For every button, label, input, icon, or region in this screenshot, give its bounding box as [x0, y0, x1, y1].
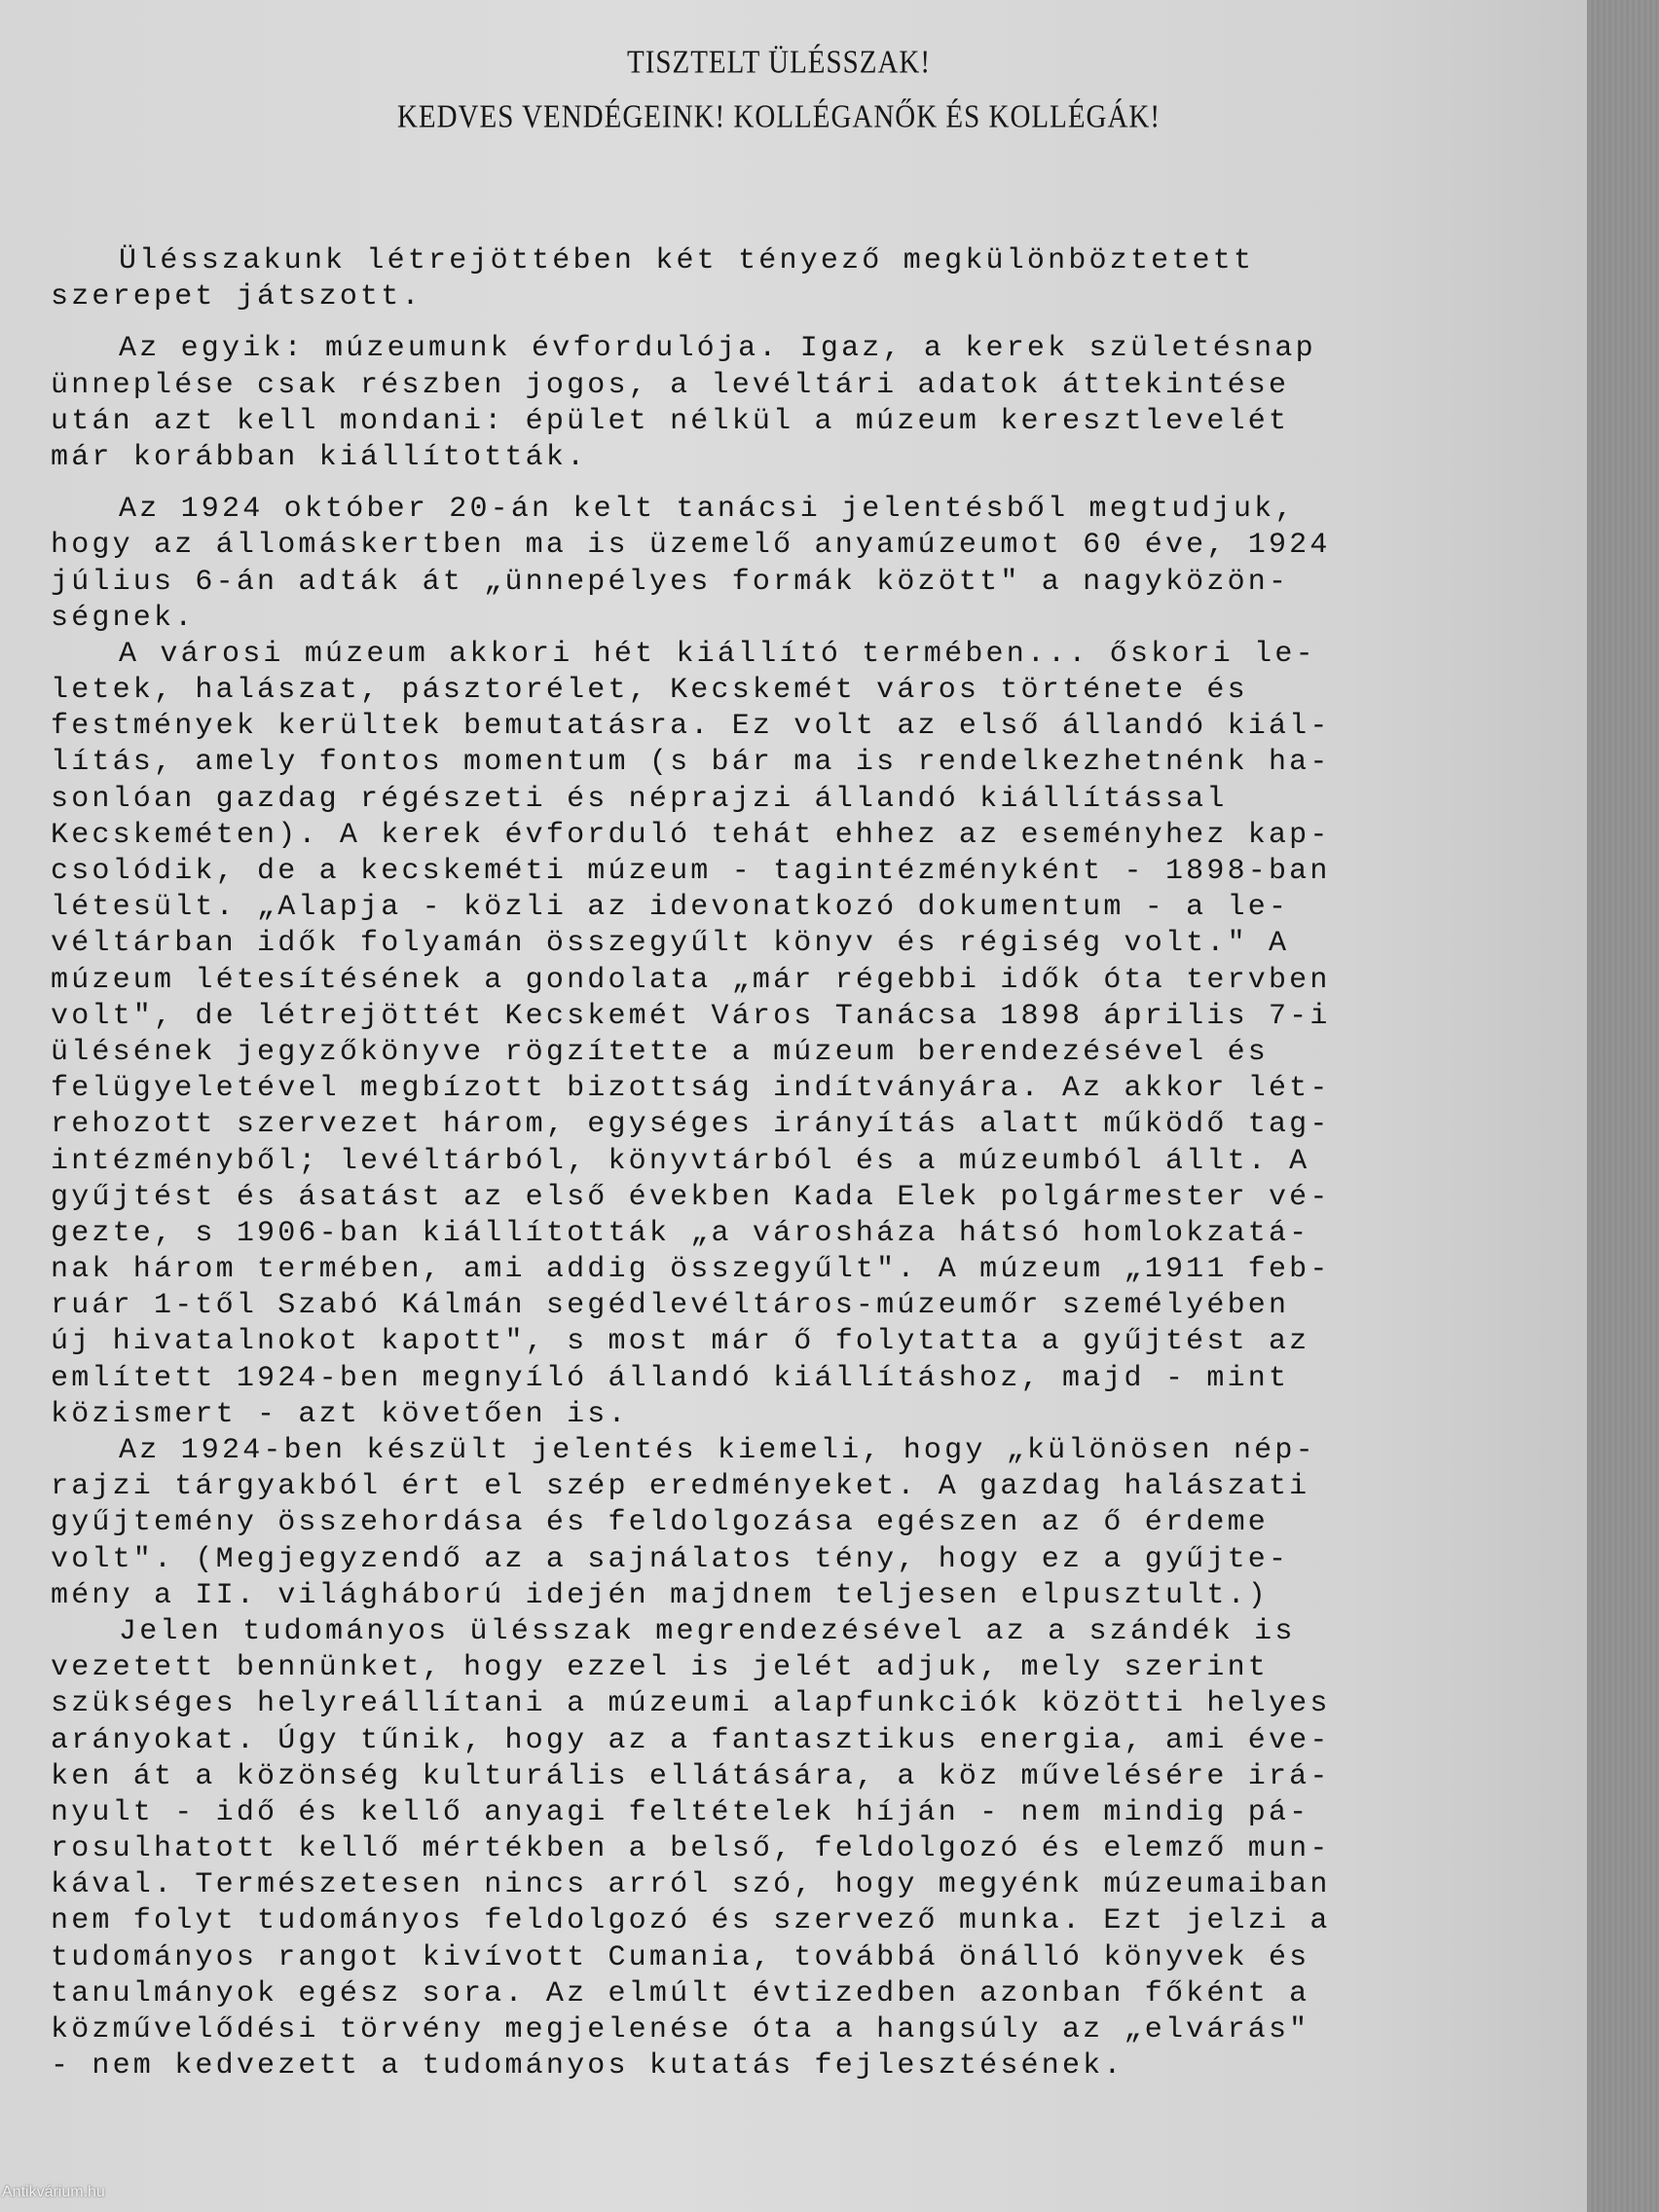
text-line: Az 1924-ben készült jelentés kiemeli, ho… [51, 1433, 1569, 1469]
text-line: közművelődési törvény megjelenése óta a … [51, 2012, 1569, 2048]
watermark: Antikvárium.hu [2, 2184, 105, 2201]
text-line: említett 1924-ben megnyíló állandó kiáll… [51, 1361, 1569, 1397]
paragraph-gap [51, 315, 1569, 331]
paragraph: Az 1924 október 20-án kelt tanácsi jelen… [51, 492, 1569, 637]
text-line: Az 1924 október 20-án kelt tanácsi jelen… [51, 492, 1569, 528]
text-line: csolódik, de a kecskeméti múzeum - tagin… [51, 854, 1569, 890]
paragraph: Az egyik: múzeumunk évfordulója. Igaz, a… [51, 331, 1569, 476]
text-line: volt". (Megjegyzendő az a sajnálatos tén… [51, 1542, 1569, 1578]
text-line: gezte, s 1906-ban kiállították „a városh… [51, 1216, 1569, 1252]
text-line: hogy az állomáskertben ma is üzemelő any… [51, 528, 1569, 564]
text-line: kával. Természetesen nincs arról szó, ho… [51, 1867, 1569, 1903]
text-line: már korábban kiállították. [51, 440, 1569, 476]
text-line: létesült. „Alapja - közli az idevonatkoz… [51, 890, 1569, 926]
text-line: letek, halászat, pásztorélet, Kecskemét … [51, 673, 1569, 709]
paragraph: Ülésszakunk létrejöttében két tényező me… [51, 243, 1569, 315]
text-line: sonlóan gazdag régészeti és néprajzi áll… [51, 782, 1569, 818]
text-line: mény a II. világháború idején majdnem te… [51, 1578, 1569, 1614]
text-line: szükséges helyreállítani a múzeumi alapf… [51, 1686, 1569, 1722]
text-line: július 6-án adták át „ünnepélyes formák … [51, 565, 1569, 601]
text-line: ülésének jegyzőkönyve rögzítette a múzeu… [51, 1035, 1569, 1071]
text-line: tanulmányok egész sora. Az elmúlt évtize… [51, 1976, 1569, 2012]
text-line: A városi múzeum akkori hét kiállító term… [51, 637, 1569, 673]
text-line: lítás, amely fontos momentum (s bár ma i… [51, 745, 1569, 781]
text-line: ken át a közönség kulturális ellátására,… [51, 1759, 1569, 1795]
text-line: tudományos rangot kivívott Cumania, tová… [51, 1940, 1569, 1976]
document-salutation: KEDVES VENDÉGEINK! KOLLÉGANŐK ÉS KOLLÉGÁ… [0, 99, 1558, 136]
text-line: Az egyik: múzeumunk évfordulója. Igaz, a… [51, 331, 1569, 367]
paragraph: Jelen tudományos ülésszak megrendezéséve… [51, 1614, 1569, 2084]
text-line: közismert - azt követően is. [51, 1397, 1569, 1433]
text-line: Jelen tudományos ülésszak megrendezéséve… [51, 1614, 1569, 1650]
paragraph-gap [51, 476, 1569, 492]
text-line: Kecskeméten). A kerek évforduló tehát eh… [51, 818, 1569, 854]
page-edge-shadow [1587, 0, 1659, 2212]
text-line: nyult - idő és kellő anyagi feltételek h… [51, 1795, 1569, 1831]
text-line: gyűjtést és ásatást az első években Kada… [51, 1180, 1569, 1216]
document-title: TISZTELT ÜLÉSSZAK! [0, 45, 1558, 82]
text-line: festmények kerültek bemutatásra. Ez volt… [51, 709, 1569, 745]
text-line: felügyeletével megbízott bizottság indít… [51, 1071, 1569, 1107]
text-line: rajzi tárgyakból ért el szép eredményeke… [51, 1469, 1569, 1505]
text-line: intézményből; levéltárból, könyvtárból é… [51, 1144, 1569, 1180]
text-line: arányokat. Úgy tűnik, hogy az a fantaszt… [51, 1723, 1569, 1759]
text-line: ünneplése csak részben jogos, a levéltár… [51, 368, 1569, 404]
text-line: véltárban idők folyamán összegyűlt könyv… [51, 926, 1569, 962]
text-line: ruár 1-től Szabó Kálmán segédlevéltáros-… [51, 1288, 1569, 1324]
text-line: szerepet játszott. [51, 279, 1569, 315]
text-line: után azt kell mondani: épület nélkül a m… [51, 404, 1569, 440]
paragraph: A városi múzeum akkori hét kiállító term… [51, 637, 1569, 1433]
text-line: múzeum létesítésének a gondolata „már ré… [51, 963, 1569, 999]
text-line: rehozott szervezet három, egységes irány… [51, 1107, 1569, 1143]
text-line: új hivatalnokot kapott", s most már ő fo… [51, 1324, 1569, 1360]
text-line: gyűjtemény összehordása és feldolgozása … [51, 1505, 1569, 1541]
text-line: vezetett bennünket, hogy ezzel is jelét … [51, 1650, 1569, 1686]
document-body: Ülésszakunk létrejöttében két tényező me… [51, 243, 1569, 2084]
text-line: Ülésszakunk létrejöttében két tényező me… [51, 243, 1569, 279]
text-line: ségnek. [51, 601, 1569, 637]
text-line: nem folyt tudományos feldolgozó és szerv… [51, 1903, 1569, 1939]
paragraph: Az 1924-ben készült jelentés kiemeli, ho… [51, 1433, 1569, 1614]
text-line: volt", de létrejöttét Kecskemét Város Ta… [51, 999, 1569, 1035]
text-line: - nem kedvezett a tudományos kutatás fej… [51, 2048, 1569, 2084]
text-line: nak három termében, ami addig összegyűlt… [51, 1252, 1569, 1288]
text-line: rosulhatott kellő mértékben a belső, fel… [51, 1831, 1569, 1867]
